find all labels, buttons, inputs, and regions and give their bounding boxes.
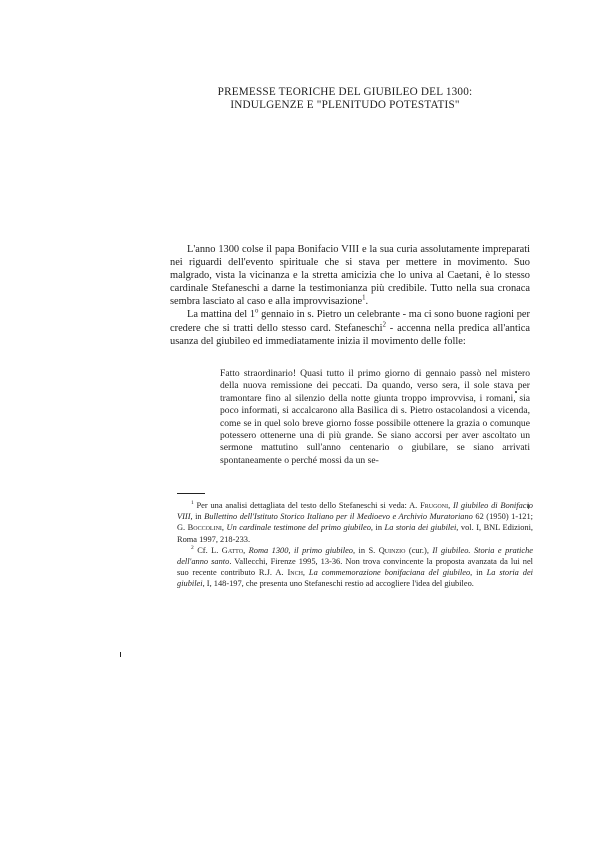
body-text: L'anno 1300 colse il papa Bonifacio VIII… bbox=[170, 243, 530, 348]
chapter-title-line-1: PREMESSE TEORICHE DEL GIUBILEO DEL 1300: bbox=[180, 86, 510, 99]
footnote-2: 2 Cf. L. Gatto, Roma 1300, il primo giub… bbox=[177, 545, 533, 590]
paragraph-2: La mattina del 1o gennaio in s. Pietro u… bbox=[170, 308, 530, 347]
footnote-number: 2 bbox=[191, 545, 194, 551]
scan-speck bbox=[528, 504, 529, 509]
margin-mark bbox=[120, 652, 121, 657]
footnote-number: 1 bbox=[191, 500, 194, 506]
scan-speck bbox=[515, 391, 517, 393]
block-quote: Fatto straordinario! Quasi tutto il prim… bbox=[220, 368, 530, 467]
footnote-1: 1 Per una analisi dettagliata del testo … bbox=[177, 500, 533, 545]
footnote-divider bbox=[177, 493, 205, 494]
chapter-title: PREMESSE TEORICHE DEL GIUBILEO DEL 1300:… bbox=[180, 86, 510, 112]
footnotes: 1 Per una analisi dettagliata del testo … bbox=[177, 500, 533, 590]
chapter-title-line-2: INDULGENZE E "PLENITUDO POTESTATIS" bbox=[180, 99, 510, 112]
paragraph-1: L'anno 1300 colse il papa Bonifacio VIII… bbox=[170, 243, 530, 308]
